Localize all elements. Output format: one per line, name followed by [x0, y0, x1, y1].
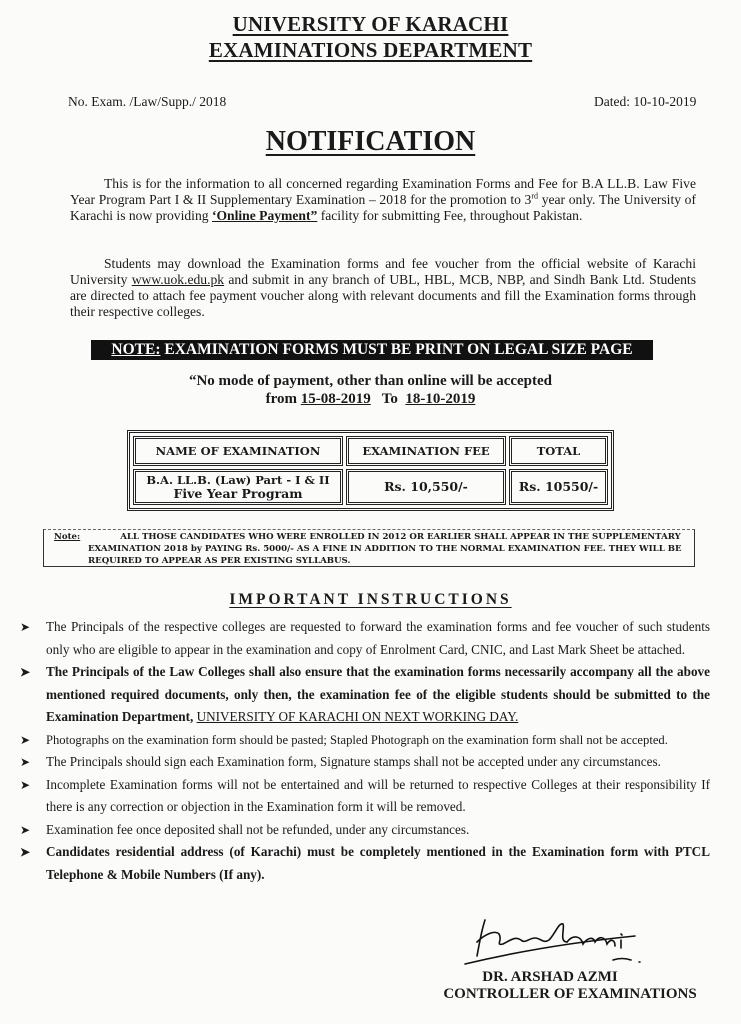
intro-text-c: facility for submitting Fee, throughout …: [317, 208, 582, 223]
instructions-list: ➤The Principals of the respective colleg…: [20, 616, 710, 886]
arrowhead-bullet-icon: ➤: [20, 841, 30, 864]
note-banner-label: NOTE:: [111, 341, 160, 358]
to-date: 18-10-2019: [405, 391, 475, 407]
instruction-text: Incomplete Examination forms will not be…: [46, 777, 710, 815]
table-row-exam-fee: Rs. 10,550/-: [346, 469, 506, 505]
arrowhead-bullet-icon: ➤: [20, 661, 30, 684]
fine-note-line3: REQUIRED TO APPEAR AS PER EXISTING SYLLA…: [54, 555, 688, 567]
table-row-total: Rs. 10550/-: [509, 469, 608, 505]
page-title-text: NOTIFICATION: [266, 126, 476, 157]
department-name-text: EXAMINATIONS DEPARTMENT: [209, 38, 532, 62]
table-header-name: NAME OF EXAMINATION: [133, 436, 343, 466]
instruction-item: ➤Candidates residential address (of Kara…: [20, 841, 710, 886]
instructions-title-text: IMPORTANT INSTRUCTIONS: [229, 591, 511, 608]
instruction-item: ➤The Principals should sign each Examina…: [20, 751, 710, 774]
note-banner-text: EXAMINATION FORMS MUST BE PRINT ON LEGAL…: [160, 341, 632, 358]
arrowhead-bullet-icon: ➤: [20, 616, 30, 639]
fine-note-line2: EXAMINATION 2018 by PAYING Rs. 5000/- AS…: [54, 543, 688, 555]
instruction-text: Examination fee once deposited shall not…: [46, 822, 469, 837]
instruction-text: Photographs on the examination form shou…: [46, 733, 668, 747]
website-link[interactable]: www.uok.edu.pk: [132, 272, 224, 287]
reference-number: No. Exam. /Law/Supp./ 2018: [68, 94, 226, 110]
university-name-text: UNIVERSITY OF KARACHI: [233, 12, 509, 36]
instructions-title: IMPORTANT INSTRUCTIONS: [0, 591, 741, 609]
table-row-exam-name: B.A. LL.B. (Law) Part - I & II Five Year…: [133, 469, 343, 505]
signatory-designation: CONTROLLER OF EXAMINATIONS: [410, 986, 730, 1003]
fine-note-line1: ALL THOSE CANDIDATES WHO WERE ENROLLED I…: [120, 532, 681, 542]
instruction-text: The Principals of the respective college…: [46, 619, 710, 657]
instruction-text: Candidates residential address (of Karac…: [46, 844, 710, 882]
fine-note-box: Note:ALL THOSE CANDIDATES WHO WERE ENROL…: [43, 529, 695, 567]
online-payment-highlight: ‘Online Payment”: [212, 208, 317, 223]
exam-name-line2: Five Year Program: [174, 487, 303, 501]
legal-size-note-banner: NOTE: EXAMINATION FORMS MUST BE PRINT ON…: [91, 340, 653, 360]
from-label: from: [266, 391, 301, 407]
from-date: 15-08-2019: [301, 391, 371, 407]
fine-note-label: Note:: [54, 532, 80, 542]
download-paragraph: Students may download the Examination fo…: [70, 256, 696, 320]
arrowhead-bullet-icon: ➤: [20, 729, 30, 752]
exam-name-line1: B.A. LL.B. (Law) Part - I & II: [146, 473, 329, 487]
department-name: EXAMINATIONS DEPARTMENT: [0, 38, 741, 63]
fee-table: NAME OF EXAMINATION EXAMINATION FEE TOTA…: [127, 430, 614, 511]
intro-paragraph: This is for the information to all conce…: [70, 176, 696, 224]
signature-icon: [455, 912, 685, 972]
arrowhead-bullet-icon: ➤: [20, 751, 30, 774]
signatory-name: DR. ARSHAD AZMI: [400, 969, 700, 986]
payment-notice-dates: from 15-08-2019 To 18-10-2019: [0, 391, 741, 408]
arrowhead-bullet-icon: ➤: [20, 774, 30, 797]
to-label: To: [382, 391, 398, 407]
university-name: UNIVERSITY OF KARACHI: [0, 12, 741, 37]
instruction-item: ➤Incomplete Examination forms will not b…: [20, 774, 710, 819]
instruction-item: ➤The Principals of the Law Colleges shal…: [20, 661, 710, 729]
page-title: NOTIFICATION: [0, 126, 741, 158]
instruction-item: ➤Photographs on the examination form sho…: [20, 729, 710, 752]
instruction-emphasis: UNIVERSITY OF KARACHI ON NEXT WORKING DA…: [197, 709, 519, 724]
instruction-item: ➤The Principals of the respective colleg…: [20, 616, 710, 661]
arrowhead-bullet-icon: ➤: [20, 819, 30, 842]
table-header-fee: EXAMINATION FEE: [346, 436, 506, 466]
instruction-text: The Principals should sign each Examinat…: [46, 754, 661, 769]
notice-date: Dated: 10-10-2019: [594, 94, 696, 110]
instruction-item: ➤Examination fee once deposited shall no…: [20, 819, 710, 842]
table-header-total: TOTAL: [509, 436, 608, 466]
payment-notice-line1: “No mode of payment, other than online w…: [0, 373, 741, 390]
